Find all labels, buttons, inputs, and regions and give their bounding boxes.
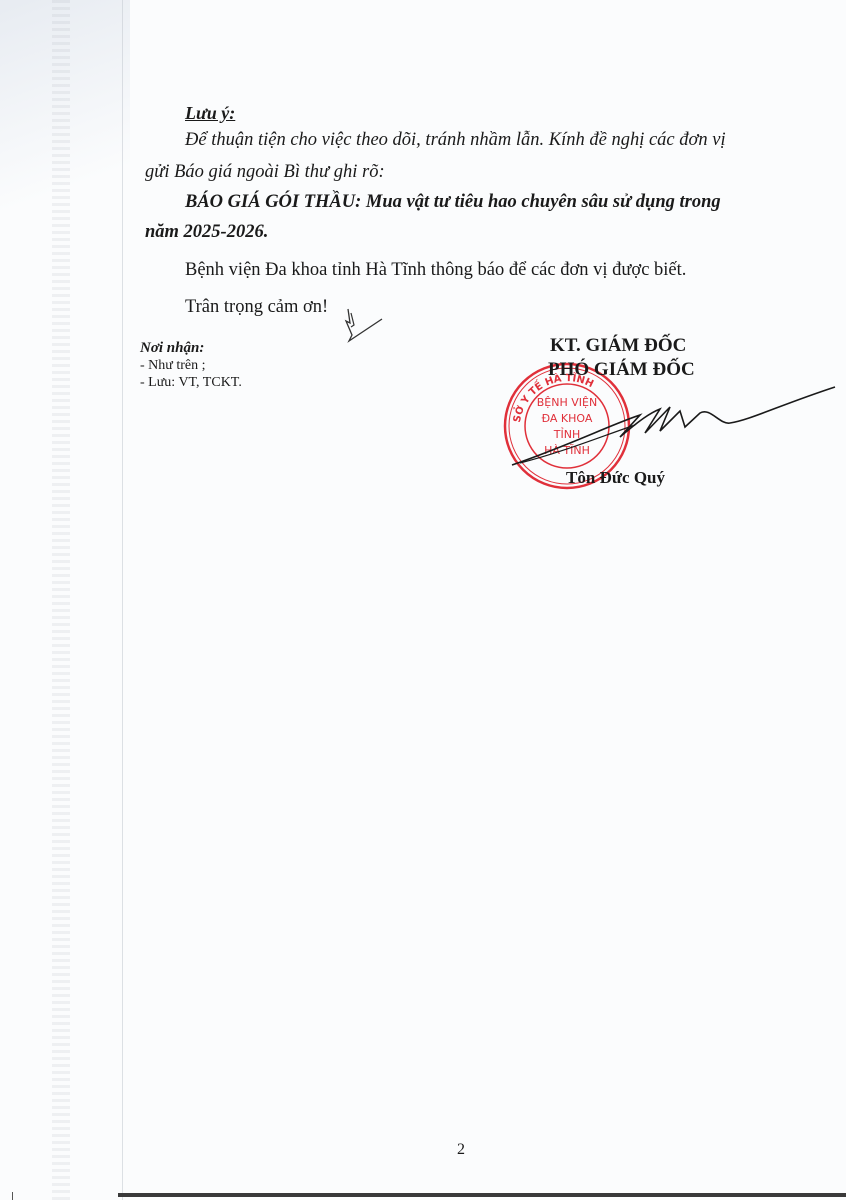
page-number: 2 — [457, 1141, 465, 1159]
signer-title-1: KT. GIÁM ĐỐC — [550, 335, 686, 357]
tender-title-line-1: BÁO GIÁ GÓI THẦU: Mua vật tư tiêu hao ch… — [185, 192, 721, 213]
note-line-2: gửi Báo giá ngoài Bì thư ghi rõ: — [145, 162, 385, 183]
initials-icon — [342, 305, 387, 350]
tender-title-line-2: năm 2025-2026. — [145, 222, 268, 243]
scan-page-edge — [122, 0, 123, 1200]
thanks-text: Trân trọng cảm ơn! — [185, 297, 328, 318]
note-line-1: Để thuận tiện cho việc theo dõi, tránh n… — [185, 130, 726, 151]
announcement-text: Bệnh viện Đa khoa tỉnh Hà Tĩnh thông báo… — [185, 260, 686, 281]
scan-mark — [12, 1192, 13, 1200]
scan-bottom-edge — [118, 1193, 846, 1197]
signer-name: Tôn Đức Quý — [566, 468, 665, 488]
recipients-block: Nơi nhận: - Như trên ; - Lưu: VT, TCKT. — [140, 340, 242, 391]
recipient-item: - Lưu: VT, TCKT. — [140, 374, 242, 391]
recipient-item: - Như trên ; — [140, 357, 242, 374]
signature-icon — [510, 375, 840, 475]
note-title: Lưu ý: — [185, 103, 235, 124]
scan-binding-edge — [52, 0, 70, 1200]
recipients-heading: Nơi nhận: — [140, 340, 242, 357]
